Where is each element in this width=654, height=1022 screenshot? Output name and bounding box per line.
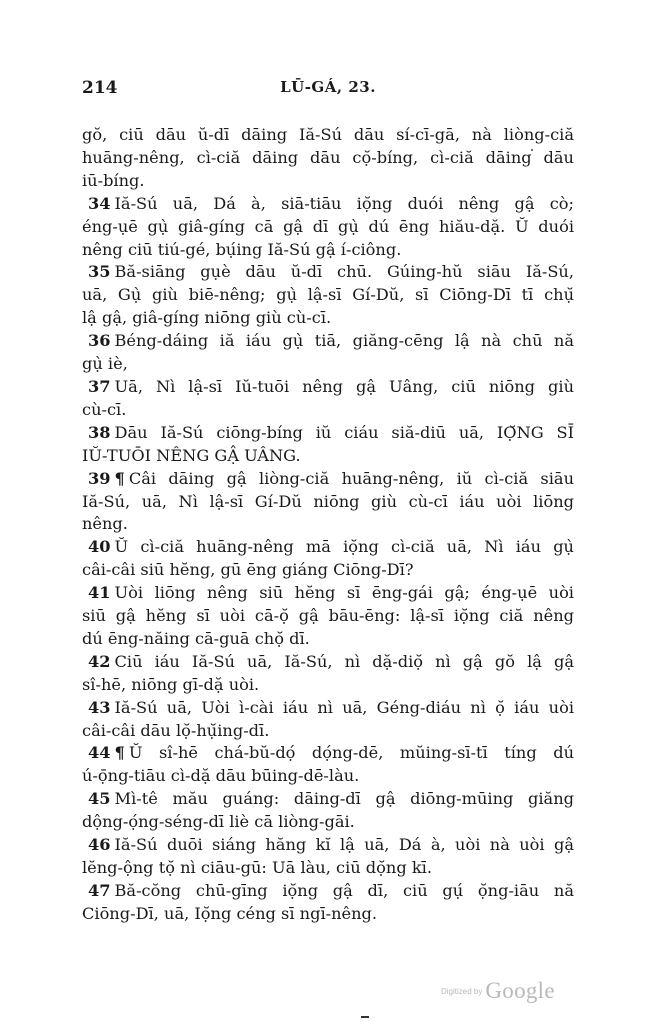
text-line: 35Bă-siāng gụè dāu ŭ-dī chū. Gúing-hŭ si… — [82, 261, 574, 284]
text-line: uā, Gụ̀ giù biē-nêng; gụ̀ lậ-sī Gí-Dŭ, s… — [82, 284, 574, 307]
verse-42: 42Ciū iáu Iă-Sú uā, Iă-Sú, nì dặ-diọ̆ nì… — [82, 651, 574, 697]
text-line: 36Béng-dáing iă iáu gụ̀ tiā, giăng-cēng … — [82, 330, 574, 353]
text-line: Iă-Sú, uā, Nì lậ-sī Gí-Dŭ niōng giù cù-c… — [82, 491, 574, 514]
text-line: 40Ŭ cì-ciă huāng-nêng mā iọ̆ng cì-ciă uā… — [82, 536, 574, 559]
verse-number: 40 — [88, 537, 111, 556]
verse-number: 38 — [88, 423, 111, 442]
text-line: câi-câi siū hĕng, gū ēng giáng Ciōng-Dī? — [82, 559, 574, 582]
text-line: IŬ-TUŌI NÊNG GẬ UÂNG. — [82, 445, 574, 468]
text-line: lậ gậ, giâ-gíng niōng giù cù-cī. — [82, 307, 574, 330]
verse-text: Bă-siāng gụè dāu ŭ-dī chū. Gúing-hŭ siāu… — [115, 262, 574, 281]
text-line: nêng. — [82, 513, 574, 536]
verse-43: 43Iă-Sú uā, Uòi ì-cài iáu nì uā, Géng-di… — [82, 697, 574, 743]
verse-46: 46Iă-Sú duōi siáng hăng kĭ lậ uā, Dá à, … — [82, 834, 574, 880]
text-line: 37Uā, Nì lậ-sī Iŭ-tuōi nêng gậ Uâng, ciū… — [82, 376, 574, 399]
verse-text: Iă-Sú duōi siáng hăng kĭ lậ uā, Dá à, uò… — [115, 835, 574, 854]
verse-text: Ŭ sî-hē chá-bŭ-dọ́ dọ́ng-dē, mŭing-sī-tī… — [129, 743, 574, 762]
text-line: siū gậ hĕng sī uòi cā-ọ̆ gậ bāu-ēng: lậ-… — [82, 605, 574, 628]
text-line: 47Bă-cŏng chū-gīng iọ̆ng gậ dī, ciū gụ́ … — [82, 880, 574, 903]
text-line: 44¶Ŭ sî-hē chá-bŭ-dọ́ dọ́ng-dē, mŭing-sī… — [82, 742, 574, 765]
verse-40: 40Ŭ cì-ciă huāng-nêng mā iọ̆ng cì-ciă uā… — [82, 536, 574, 582]
text-line: ú-ọ̄ng-tiāu cì-dặ dāu būing-dē-làu. — [82, 765, 574, 788]
verse-text: Câi dāing gậ liòng-ciă huāng-nêng, iŭ cì… — [129, 469, 574, 488]
text-line: iū-bíng. — [82, 170, 574, 193]
text-line: 39¶Câi dāing gậ liòng-ciă huāng-nêng, iŭ… — [82, 468, 574, 491]
verse-35: 35Bă-siāng gụè dāu ŭ-dī chū. Gúing-hŭ si… — [82, 261, 574, 330]
page-body: gŏ, ciū dāu ŭ-dī dāing Iă-Sú dāu sí-cī-g… — [82, 124, 574, 926]
verse-41: 41Uòi liōng nêng siū hĕng sī ēng-gái gậ;… — [82, 582, 574, 651]
verse-number: 39 — [88, 469, 111, 488]
page-header: 214 LŪ-GÁ, 23. — [82, 78, 574, 102]
verse-text: Ŭ cì-ciă huāng-nêng mā iọ̆ng cì-ciă uā, … — [115, 537, 574, 556]
text-line: 45Mì-tê mău guáng: dāing-dī gậ diōng-mūi… — [82, 788, 574, 811]
verse-text: Uā, Nì lậ-sī Iŭ-tuōi nêng gậ Uâng, ciū n… — [115, 377, 574, 396]
text-line: nêng ciū tiú-gé, bụ́ing Iă-Sú gậ í-ciông… — [82, 239, 574, 262]
text-line: Ciōng-Dī, uā, Iọ̆ng céng sī ngī-nêng. — [82, 903, 574, 926]
text-line: sî-hē, niōng gī-dặ uòi. — [82, 674, 574, 697]
verse-text: Bă-cŏng chū-gīng iọ̆ng gậ dī, ciū gụ́ ọ̆… — [115, 881, 574, 900]
text-line: huāng-nêng, cì-ciă dāing dāu cọ̆-bíng, c… — [82, 147, 574, 170]
text-line: 34Iă-Sú uā, Dá à, siā-tiāu iọ̆ng duói nê… — [82, 193, 574, 216]
verse-47: 47Bă-cŏng chū-gīng iọ̆ng gậ dī, ciū gụ́ … — [82, 880, 574, 926]
scan-speck — [531, 149, 533, 151]
verse-44: 44¶Ŭ sî-hē chá-bŭ-dọ́ dọ́ng-dē, mŭing-sī… — [82, 742, 574, 788]
text-line: dộng-ọ́ng-séng-dī liè cā liòng-gāi. — [82, 811, 574, 834]
text-line: gŏ, ciū dāu ŭ-dī dāing Iă-Sú dāu sí-cī-g… — [82, 124, 574, 147]
verse-text: Béng-dáing iă iáu gụ̀ tiā, giăng-cēng lậ… — [115, 331, 574, 350]
verse-text: Dāu Iă-Sú ciōng-bíng iŭ ciáu siă-diū uā,… — [115, 423, 574, 442]
verse-text: Uòi liōng nêng siū hĕng sī ēng-gái gậ; é… — [115, 583, 574, 602]
google-watermark: Digitized byGoogle — [441, 978, 555, 1004]
verse-number: 35 — [88, 262, 111, 281]
verse-number: 34 — [88, 194, 111, 213]
verse-45: 45Mì-tê mău guáng: dāing-dī gậ diōng-mūi… — [82, 788, 574, 834]
watermark-prefix: Digitized by — [441, 987, 482, 996]
scan-mark — [361, 1016, 369, 1018]
verse-37: 37Uā, Nì lậ-sī Iŭ-tuōi nêng gậ Uâng, ciū… — [82, 376, 574, 422]
text-line: 46Iă-Sú duōi siáng hăng kĭ lậ uā, Dá à, … — [82, 834, 574, 857]
text-line: 38Dāu Iă-Sú ciōng-bíng iŭ ciáu siă-diū u… — [82, 422, 574, 445]
verse-text: Ciū iáu Iă-Sú uā, Iă-Sú, nì dặ-diọ̆ nì g… — [115, 652, 574, 671]
verse-number: 43 — [88, 698, 111, 717]
text-line: lĕng-ộng tọ̆ nì ciāu-gū: Uā làu, ciū dọ̆… — [82, 857, 574, 880]
verse-number: 42 — [88, 652, 111, 671]
text-line: 42Ciū iáu Iă-Sú uā, Iă-Sú, nì dặ-diọ̆ nì… — [82, 651, 574, 674]
verse-continuation: gŏ, ciū dāu ŭ-dī dāing Iă-Sú dāu sí-cī-g… — [82, 124, 574, 193]
text-line: 43Iă-Sú uā, Uòi ì-cài iáu nì uā, Géng-di… — [82, 697, 574, 720]
google-logo: Google — [485, 978, 555, 1003]
text-line: câi-câi dāu lọ̆-hụ̆ing-dī. — [82, 720, 574, 743]
text-line: cù-cī. — [82, 399, 574, 422]
verse-38: 38Dāu Iă-Sú ciōng-bíng iŭ ciáu siă-diū u… — [82, 422, 574, 468]
text-line: dú ēng-năing cā-guā chọ̆ dī. — [82, 628, 574, 651]
verse-number: 36 — [88, 331, 111, 350]
verse-text: Mì-tê mău guáng: dāing-dī gậ diōng-mūing… — [115, 789, 574, 808]
verse-number: 41 — [88, 583, 111, 602]
pilcrow-icon: ¶ — [115, 743, 125, 762]
text-line: gụ̀ iè, — [82, 353, 574, 376]
verse-number: 47 — [88, 881, 111, 900]
text-line: éng-ụē gụ̀ giâ-gíng cā gậ dī gụ̀ dú ēng … — [82, 216, 574, 239]
verse-36: 36Béng-dáing iă iáu gụ̀ tiā, giăng-cēng … — [82, 330, 574, 376]
book-page: 214 LŪ-GÁ, 23. gŏ, ciū dāu ŭ-dī dāing Iă… — [82, 78, 574, 926]
verse-text: Iă-Sú uā, Dá à, siā-tiāu iọ̆ng duói nêng… — [115, 194, 574, 213]
verse-number: 46 — [88, 835, 111, 854]
verse-number: 44 — [88, 743, 111, 762]
pilcrow-icon: ¶ — [115, 469, 125, 488]
text-line: 41Uòi liōng nêng siū hĕng sī ēng-gái gậ;… — [82, 582, 574, 605]
verse-text: Iă-Sú uā, Uòi ì-cài iáu nì uā, Géng-diáu… — [115, 698, 574, 717]
verse-number: 45 — [88, 789, 111, 808]
running-title: LŪ-GÁ, 23. — [82, 78, 574, 96]
verse-34: 34Iă-Sú uā, Dá à, siā-tiāu iọ̆ng duói nê… — [82, 193, 574, 262]
verse-number: 37 — [88, 377, 111, 396]
verse-39: 39¶Câi dāing gậ liòng-ciă huāng-nêng, iŭ… — [82, 468, 574, 537]
